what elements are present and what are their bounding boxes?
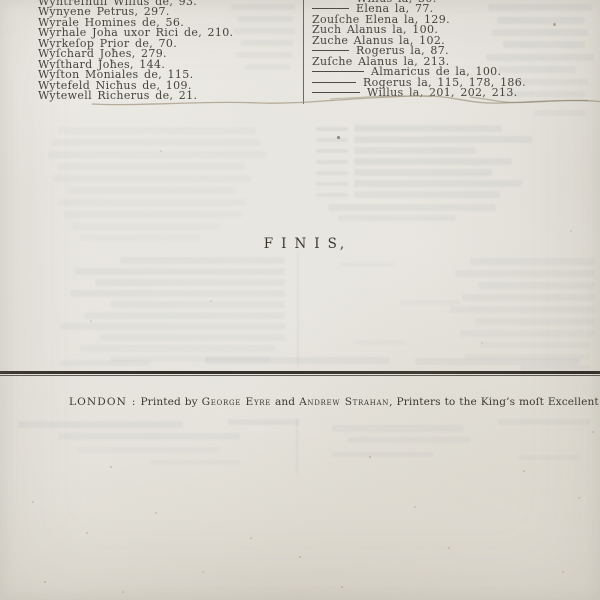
showthrough-smudge xyxy=(518,455,580,460)
foxing-speck xyxy=(44,581,46,583)
showthrough-smudge xyxy=(78,447,220,453)
showthrough-smudge xyxy=(516,79,588,85)
showthrough-smudge xyxy=(95,279,285,286)
showthrough-smudge xyxy=(480,342,590,348)
foxing-speck xyxy=(337,136,340,139)
book-page: Wyntreſhull Willus de, 93.Wynyene Petrus… xyxy=(0,0,600,600)
showthrough-smudge xyxy=(296,418,298,474)
showthrough-smudge xyxy=(415,358,580,365)
ditto-dash xyxy=(312,82,356,83)
imprint-printed-by: Printed by xyxy=(140,396,197,408)
index-entry: Wytewell Richerus de, 21. xyxy=(38,91,233,101)
showthrough-smudge xyxy=(316,160,348,164)
showthrough-smudge xyxy=(110,356,270,362)
finis-text: FINIS, xyxy=(0,236,600,252)
printer-name-strahan: Andrew Strahan xyxy=(299,396,389,408)
showthrough-smudge xyxy=(316,127,348,131)
showthrough-smudge xyxy=(60,323,285,330)
rule-thin xyxy=(0,375,600,376)
foxing-speck xyxy=(578,497,580,499)
showthrough-smudge xyxy=(236,52,292,58)
finis-word: FINIS xyxy=(264,236,345,252)
showthrough-smudge xyxy=(48,151,266,158)
foxing-speck xyxy=(481,342,483,344)
showthrough-smudge xyxy=(348,437,470,443)
index-entry: Willus la, 201, 202, 213. xyxy=(312,88,526,98)
showthrough-smudge xyxy=(328,204,496,211)
foxing-speck xyxy=(110,466,112,468)
showthrough-smudge xyxy=(455,270,595,277)
showthrough-smudge xyxy=(18,421,183,428)
ditto-dash xyxy=(312,71,364,72)
showthrough-smudge xyxy=(58,199,246,206)
showthrough-smudge xyxy=(354,158,512,165)
column-divider-rule xyxy=(303,0,304,104)
index-column-right: Willus la, 30.Elena la, 77.Zouſche Elena… xyxy=(312,0,526,99)
showthrough-smudge xyxy=(478,282,595,289)
showthrough-smudge xyxy=(340,262,395,267)
foxing-speck xyxy=(523,470,525,472)
showthrough-smudge xyxy=(80,345,275,352)
showthrough-smudge xyxy=(246,64,290,70)
showthrough-smudge xyxy=(354,147,476,154)
showthrough-smudge xyxy=(58,163,246,170)
showthrough-smudge xyxy=(228,419,300,425)
foxing-speck xyxy=(86,532,88,534)
showthrough-smudge xyxy=(354,180,522,187)
showthrough-smudge xyxy=(534,110,586,116)
showthrough-smudge xyxy=(297,250,299,368)
printer-name-eyre: George Eyre xyxy=(202,396,272,408)
showthrough-smudge xyxy=(150,460,240,465)
showthrough-smudge xyxy=(332,425,464,432)
foxing-speck xyxy=(369,456,371,458)
foxing-speck xyxy=(32,501,34,503)
showthrough-smudge xyxy=(316,171,348,175)
showthrough-smudge xyxy=(520,365,590,370)
ditto-dash xyxy=(312,8,349,9)
showthrough-smudge xyxy=(460,330,595,337)
showthrough-smudge xyxy=(400,300,460,305)
index-column-left: Wyntreſhull Willus de, 93.Wynyene Petrus… xyxy=(38,0,233,102)
showthrough-smudge xyxy=(241,40,293,46)
showthrough-smudge xyxy=(52,139,260,146)
showthrough-smudge xyxy=(64,211,242,218)
imprint-rest: , Printers to the King’s moſt Excellent … xyxy=(389,396,600,408)
showthrough-smudge xyxy=(354,136,532,143)
showthrough-smudge xyxy=(100,334,285,341)
showthrough-smudge xyxy=(58,127,256,134)
foxing-speck xyxy=(160,150,162,152)
showthrough-smudge xyxy=(462,294,595,301)
showthrough-smudge xyxy=(316,193,348,197)
showthrough-smudge xyxy=(72,223,220,230)
showthrough-smudge xyxy=(237,16,293,22)
showthrough-smudge xyxy=(332,452,434,457)
showthrough-smudge xyxy=(120,257,285,264)
foxing-speck xyxy=(90,320,92,322)
showthrough-smudge xyxy=(110,301,285,308)
showthrough-smudge xyxy=(316,149,348,153)
foxing-speck xyxy=(414,506,416,508)
showthrough-smudge xyxy=(75,268,285,275)
showthrough-smudge xyxy=(465,354,590,360)
showthrough-smudge xyxy=(316,182,348,186)
foxing-speck xyxy=(202,571,204,573)
showthrough-smudge xyxy=(68,187,236,194)
foxing-speck xyxy=(448,547,450,549)
foxing-speck xyxy=(155,512,157,514)
ditto-dash xyxy=(312,50,349,51)
ditto-dash xyxy=(312,92,360,93)
showthrough-smudge xyxy=(475,318,595,325)
foxing-speck xyxy=(210,300,212,302)
foxing-speck xyxy=(570,230,572,232)
foxing-speck xyxy=(562,571,564,573)
foxing-speck xyxy=(122,591,124,593)
showthrough-smudge xyxy=(470,258,595,265)
foxing-speck xyxy=(592,431,594,433)
imprint-conjunction: and xyxy=(275,396,295,408)
showthrough-smudge xyxy=(233,28,295,34)
rule-thick xyxy=(0,371,600,374)
showthrough-smudge xyxy=(53,175,251,182)
showthrough-smudge xyxy=(498,419,590,425)
showthrough-smudge xyxy=(316,138,348,142)
showthrough-smudge xyxy=(85,312,285,319)
foxing-speck xyxy=(250,537,252,539)
foxing-speck xyxy=(553,23,556,26)
showthrough-smudge xyxy=(355,340,405,345)
showthrough-smudge xyxy=(450,306,595,313)
imprint-line: LONDON : Printed by George Eyre and Andr… xyxy=(69,396,600,408)
showthrough-smudge xyxy=(70,290,285,297)
finis-punctuation: , xyxy=(340,236,344,252)
foxing-speck xyxy=(341,586,343,588)
showthrough-smudge xyxy=(338,215,456,221)
showthrough-smudge xyxy=(354,191,500,198)
showthrough-smudge xyxy=(60,360,150,366)
imprint-city: LONDON : xyxy=(69,396,137,408)
showthrough-smudge xyxy=(58,433,240,440)
showthrough-smudge xyxy=(231,4,295,10)
showthrough-smudge xyxy=(354,125,502,132)
colophon-double-rule xyxy=(0,371,600,376)
showthrough-smudge xyxy=(354,169,492,176)
showthrough-smudge xyxy=(205,357,390,364)
foxing-speck xyxy=(299,556,301,558)
